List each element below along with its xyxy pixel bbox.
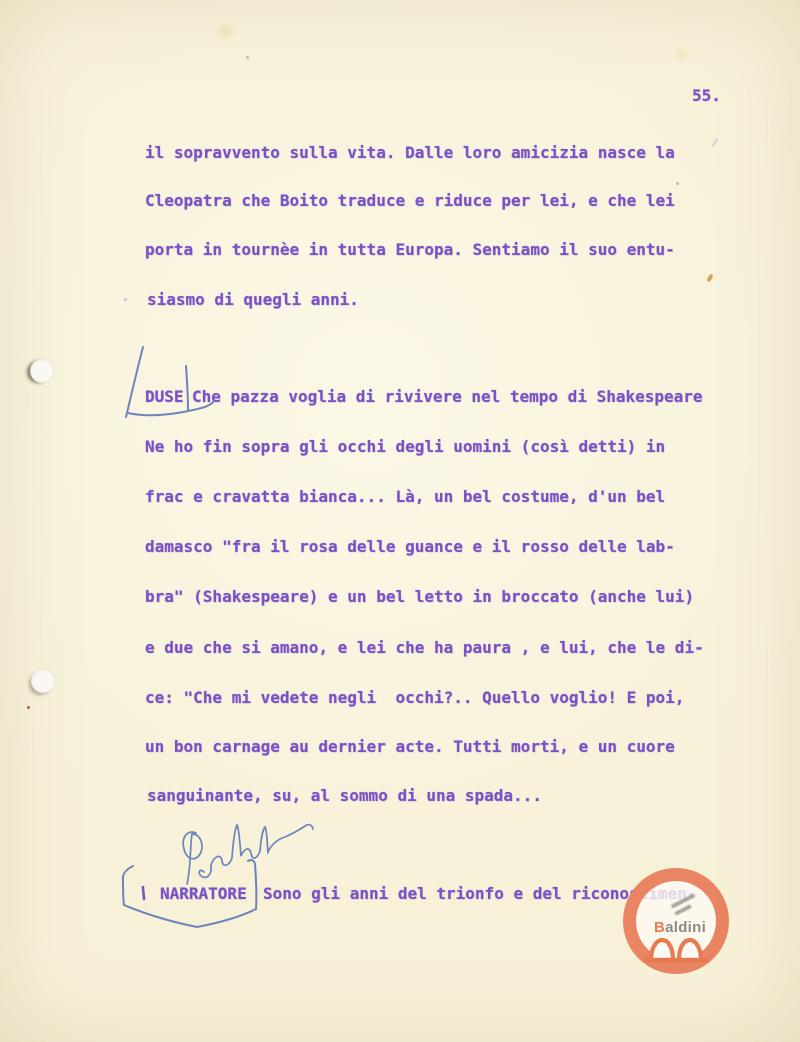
page-number: 55. (692, 86, 721, 105)
typed-line: siasmo di quegli anni. (147, 290, 359, 309)
speaker-label-duse: DUSE (145, 387, 184, 406)
paper-speck (124, 298, 127, 301)
stamp-brand-initial: B (654, 919, 665, 936)
typed-line: e due che si amano, e lei che ha paura ,… (145, 638, 704, 657)
open-book-icon (644, 936, 708, 964)
paper-stain (676, 50, 687, 59)
typed-line: un bon carnage au dernier acte. Tutti mo… (145, 737, 675, 756)
typed-line: Cleopatra che Boito traduce e riduce per… (145, 191, 675, 210)
typed-line: frac e cravatta bianca... Là, un bel cos… (145, 487, 665, 506)
speaker-label-narratore: NARRATORE (160, 884, 247, 903)
paper-speck (706, 274, 713, 283)
typed-line: Ne ho fin sopra gli occhi degli uomini (… (145, 437, 665, 456)
stamp-brand-text: Baldini (640, 919, 720, 936)
typed-line: Che pazza voglia di rivivere nel tempo d… (192, 387, 703, 406)
punch-hole-bottom (31, 669, 55, 693)
typed-line: ce: "Che mi vedete negli occhi?.. Quello… (145, 688, 684, 707)
typed-line: il sopravvento sulla vita. Dalle loro am… (145, 143, 675, 162)
handwritten-signature (183, 825, 313, 884)
duse-box-annotation (126, 347, 213, 417)
paper-stain (218, 26, 234, 37)
baldini-stamp: Baldini (623, 868, 729, 974)
typed-line: sanguinante, su, al sommo di una spada..… (147, 786, 542, 805)
typed-line: damasco "fra il rosa delle guance e il r… (145, 537, 675, 556)
punch-hole-top (30, 359, 54, 383)
paper-speck (676, 182, 679, 185)
typed-line: porta in tournèe in tutta Europa. Sentia… (145, 240, 675, 259)
paper-speck (27, 706, 30, 709)
pen-stray-mark (712, 138, 718, 147)
typewritten-script-page: { "document": { "page_number": "55.", "n… (0, 0, 800, 1042)
typed-line: bra" (Shakespeare) e un bel letto in bro… (145, 587, 694, 606)
stamp-brand-rest: aldini (665, 919, 706, 936)
paper-speck (246, 56, 249, 59)
margin-tick-mark (143, 887, 144, 899)
